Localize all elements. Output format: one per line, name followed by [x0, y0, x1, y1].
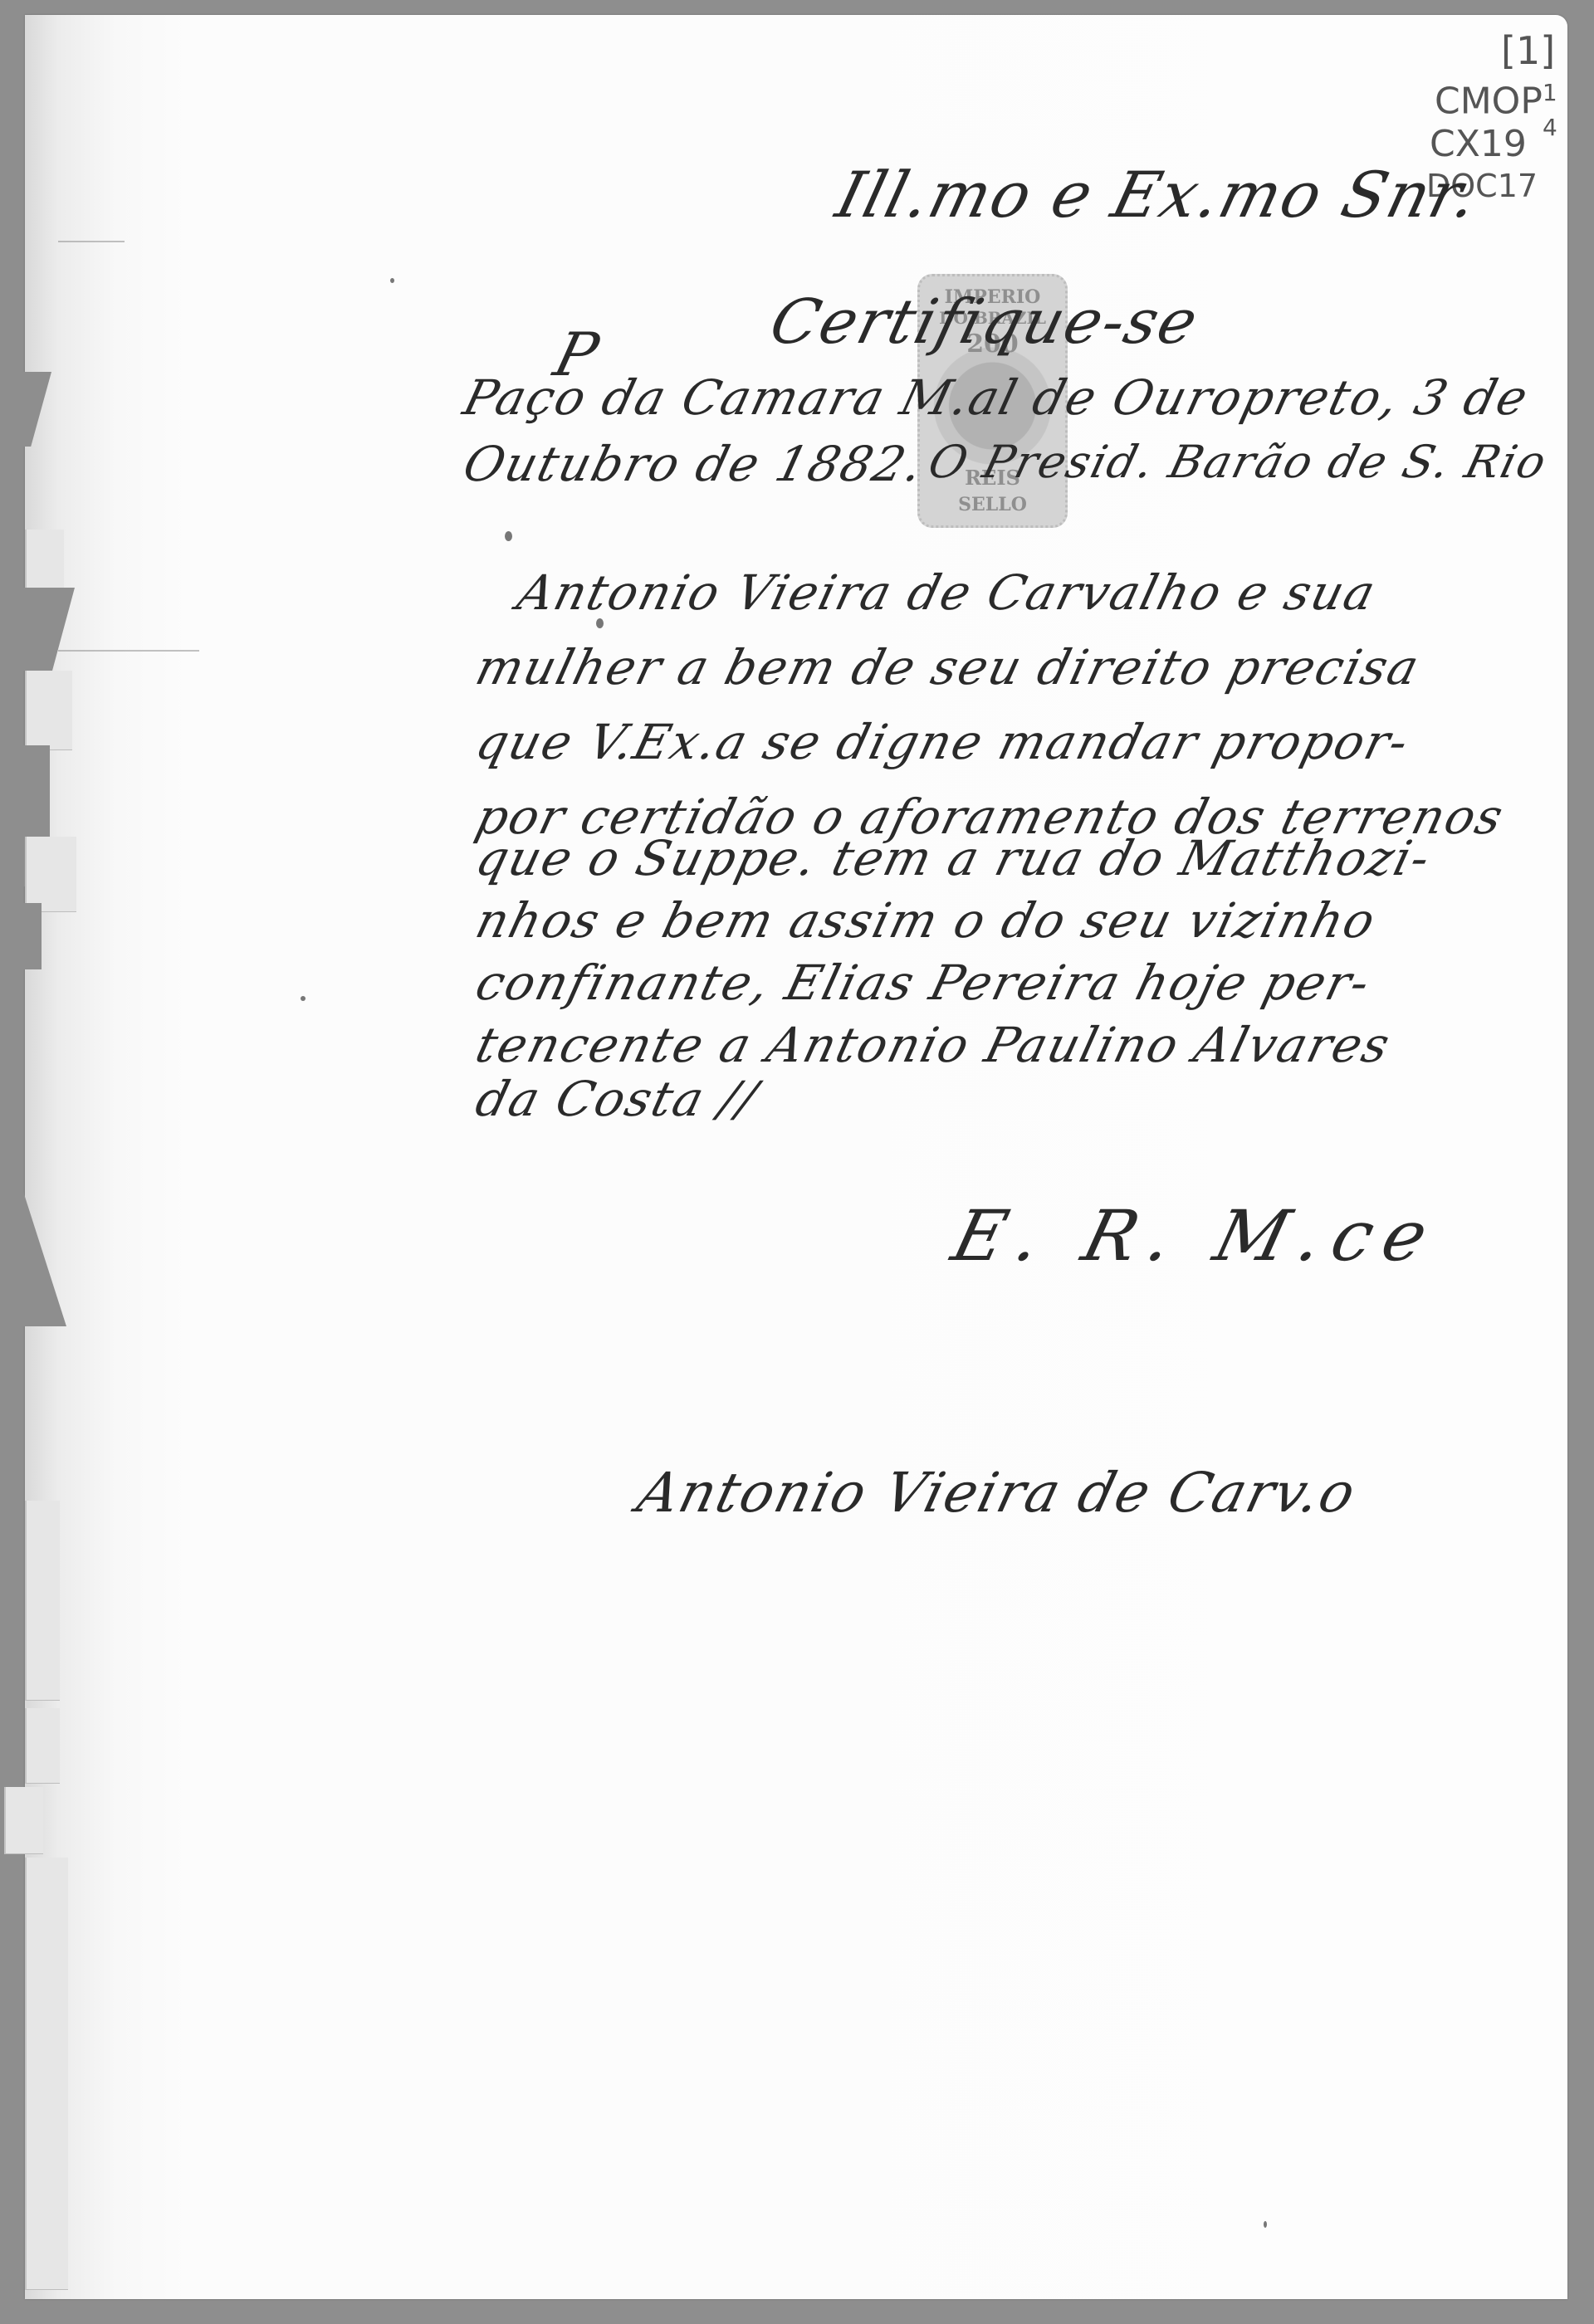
torn-edge: [0, 588, 75, 671]
petitioner-signature: Antonio Vieira de Carv.o: [631, 1461, 1362, 1525]
tape-repair: [25, 1708, 60, 1784]
dispatch-order: Certifique-se: [763, 286, 1205, 358]
paper-speck: [1264, 2221, 1267, 2228]
paper-speck: [390, 278, 394, 283]
salutation: Ill.mo e Ex.mo Snr.: [829, 158, 1487, 232]
body-line-3: que V.Ex.a se digne mandar propor-: [471, 714, 1416, 770]
closing-formula: E. R. M.ce: [945, 1195, 1447, 1277]
body-line-7: confinante, Elias Pereira hoje per-: [471, 954, 1377, 1011]
archive-bracket-number: [1]: [1501, 32, 1555, 70]
tape-repair: [25, 530, 64, 588]
paper-crease: [58, 241, 125, 242]
dispatch-line-1: Paço da Camara M.al de Ouropreto, 3 de: [458, 369, 1535, 426]
dispatch-signature: O Presid. Barão de S. Rio: [923, 436, 1552, 488]
archive-fund-subscript: 4: [1543, 116, 1557, 139]
tape-repair: [4, 1787, 43, 1854]
torn-edge: [0, 903, 42, 969]
body-line-8: tencente a Antonio Paulino Alvares: [471, 1017, 1397, 1073]
archive-fund-superscript: 1: [1543, 79, 1557, 106]
paper-crease: [58, 650, 199, 652]
archive-fund: CMOP1: [1435, 81, 1557, 120]
body-line-9: da Costa //: [471, 1071, 765, 1127]
torn-edge: [0, 372, 51, 447]
body-line-5: que o Suppe. tem a rua do Matthozi-: [471, 830, 1437, 886]
tape-repair: [25, 671, 72, 750]
body-line-1: Antonio Vieira de Carvalho e sua: [512, 564, 1382, 621]
torn-edge: [0, 1160, 66, 1326]
body-line-2: mulher a bem de seu direito precisa: [471, 639, 1426, 696]
tape-repair: [25, 1858, 68, 2290]
paper-speck: [301, 996, 306, 1001]
body-line-6: nhos e bem assim o do seu vizinho: [471, 892, 1382, 949]
ink-dot: [505, 531, 512, 541]
archive-fund-code: CMOP: [1435, 81, 1543, 123]
tape-repair: [25, 837, 76, 912]
dispatch-line-2: Outubro de 1882.: [458, 436, 931, 492]
stamp-sello: SELLO: [920, 494, 1065, 515]
tape-repair: [25, 1501, 60, 1701]
